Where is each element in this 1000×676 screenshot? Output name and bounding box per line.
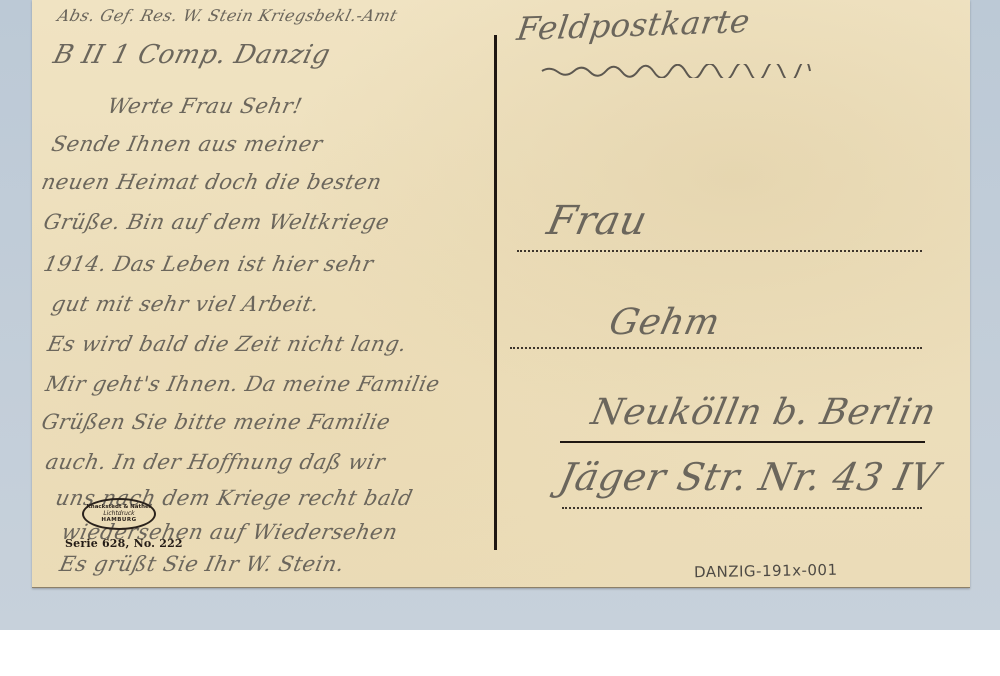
- message-line: Es grüßt Sie Ihr W. Stein.: [57, 552, 346, 576]
- message-line: Werte Frau Sehr!: [105, 94, 304, 118]
- publisher-stamp: Knackstedt & Näther Lichtdruck HAMBURG: [82, 498, 156, 530]
- message-line: Grüßen Sie bitte meine Familie: [39, 410, 392, 434]
- message-line: Grüße. Bin auf dem Weltkriege: [41, 210, 391, 234]
- message-line: gut mit sehr viel Arbeit.: [49, 292, 321, 316]
- address-street: Jäger Str. Nr. 43 IV: [555, 455, 943, 499]
- unit-line: B II 1 Comp. Danzig: [50, 40, 333, 70]
- address-line-4: [562, 507, 922, 509]
- message-line: Sende Ihnen aus meiner: [49, 132, 325, 156]
- sender-line: Abs. Gef. Res. W. Stein Kriegsbekl.-Amt: [56, 6, 400, 25]
- message-line: Es wird bald die Zeit nicht lang.: [45, 332, 409, 356]
- title-underline-scribble: [540, 64, 812, 78]
- address-line-1: [517, 250, 922, 252]
- stamp-city: HAMBURG: [101, 518, 136, 524]
- catalog-annotation: DANZIG-191x-001: [694, 561, 838, 582]
- series-number: Serie 628, No. 222: [65, 537, 183, 550]
- message-line: Mir geht's Ihnen. Da meine Familie: [43, 372, 442, 396]
- message-line: neuen Heimat doch die besten: [39, 170, 384, 194]
- center-divider: [494, 35, 497, 550]
- message-line: 1914. Das Leben ist hier sehr: [41, 252, 375, 276]
- address-name: Gehm: [606, 302, 724, 343]
- address-line-2: [510, 347, 922, 349]
- address-line-3: [560, 441, 925, 443]
- message-line: auch. In der Hoffnung daß wir: [43, 450, 387, 474]
- address-city: Neukölln b. Berlin: [588, 392, 940, 433]
- address-salutation: Frau: [543, 198, 651, 244]
